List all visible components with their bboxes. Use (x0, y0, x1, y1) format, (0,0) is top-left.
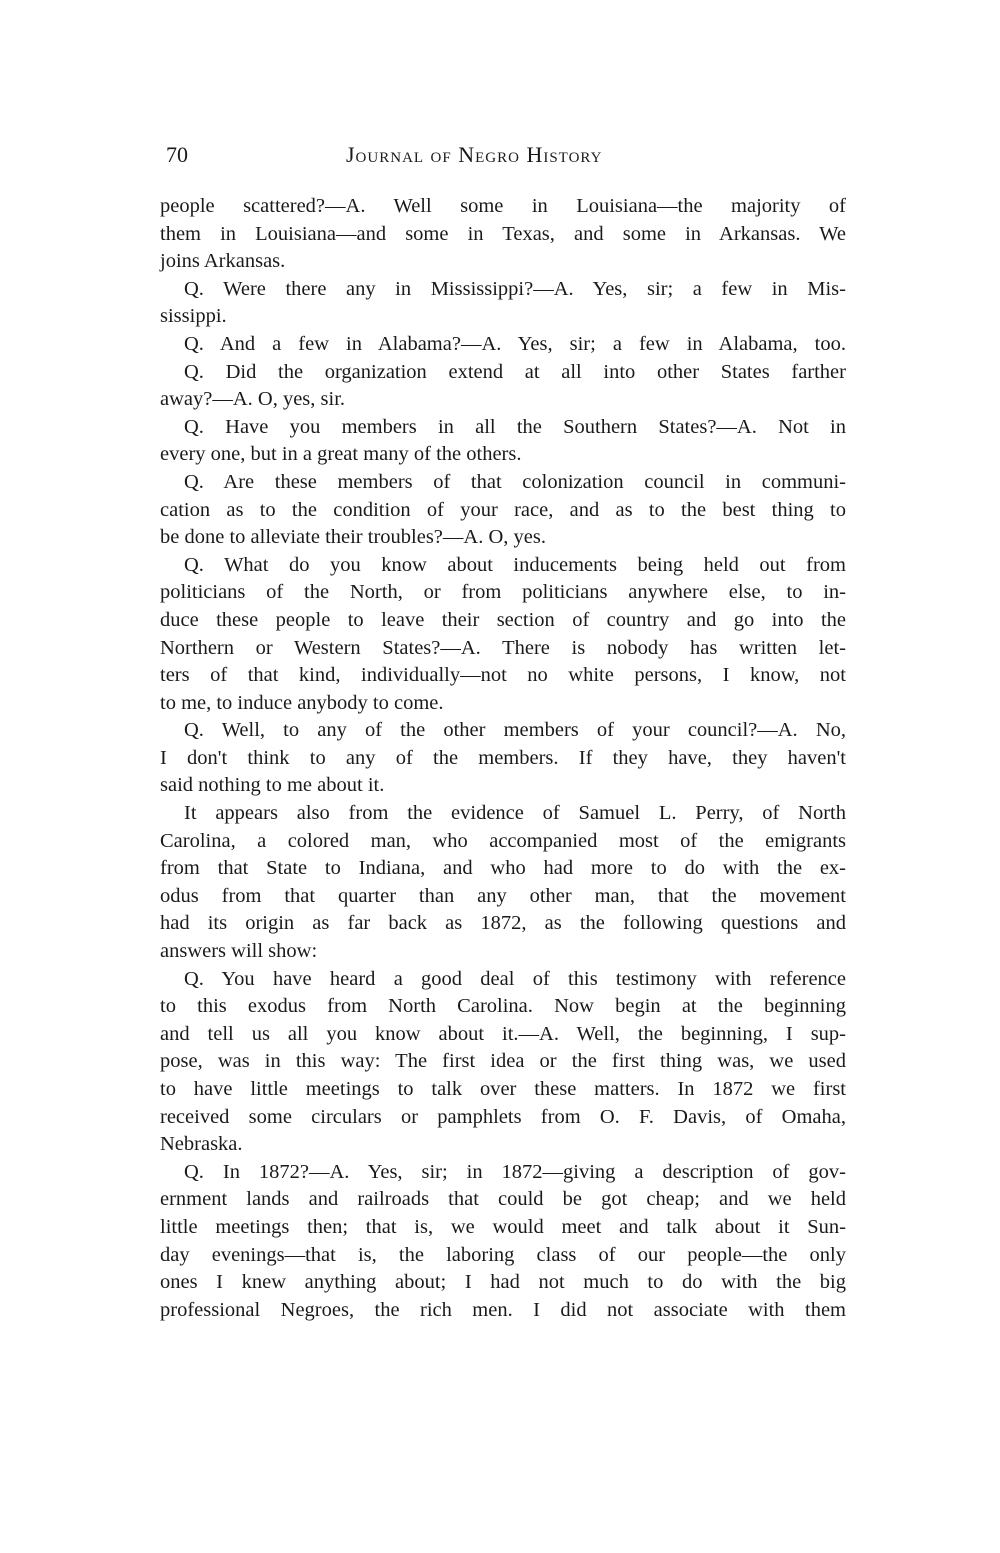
text-line: received some circulars or pamphlets fro… (160, 1104, 846, 1132)
text-line: Q. Were there any in Mississippi?—A. Yes… (160, 276, 846, 304)
text-line: day evenings—that is, the laboring class… (160, 1242, 846, 1270)
text-line: little meetings then; that is, we would … (160, 1214, 846, 1242)
text-line: Q. And a few in Alabama?—A. Yes, sir; a … (160, 331, 846, 359)
text-line: ernment lands and railroads that could b… (160, 1186, 846, 1214)
text-line: had its origin as far back as 1872, as t… (160, 910, 846, 938)
text-line: odus from that quarter than any other ma… (160, 883, 846, 911)
text-line: Q. In 1872?—A. Yes, sir; in 1872—giving … (160, 1159, 846, 1187)
text-line: to have little meetings to talk over the… (160, 1076, 846, 1104)
text-line: Q. What do you know about inducements be… (160, 552, 846, 580)
text-line: Northern or Western States?—A. There is … (160, 635, 846, 663)
text-line: every one, but in a great many of the ot… (160, 441, 846, 469)
document-page: 70 Journal of Negro History people scatt… (0, 0, 1000, 1553)
text-line: Nebraska. (160, 1131, 846, 1159)
text-line: to this exodus from North Carolina. Now … (160, 993, 846, 1021)
text-line: I don't think to any of the members. If … (160, 745, 846, 773)
text-line: Q. Well, to any of the other members of … (160, 717, 846, 745)
text-line: people scattered?—A. Well some in Louisi… (160, 193, 846, 221)
text-line: from that State to Indiana, and who had … (160, 855, 846, 883)
text-line: professional Negroes, the rich men. I di… (160, 1297, 846, 1325)
text-line: politicians of the North, or from politi… (160, 579, 846, 607)
text-line: Carolina, a colored man, who accompanied… (160, 828, 846, 856)
text-line: joins Arkansas. (160, 248, 846, 276)
text-line: ones I knew anything about; I had not mu… (160, 1269, 846, 1297)
text-line: and tell us all you know about it.—A. We… (160, 1021, 846, 1049)
page-number: 70 (166, 138, 188, 172)
journal-title: Journal of Negro History (346, 138, 602, 172)
text-line: ters of that kind, individually—not no w… (160, 662, 846, 690)
text-line: pose, was in this way: The first idea or… (160, 1048, 846, 1076)
text-line: sissippi. (160, 303, 846, 331)
text-line: Q. Are these members of that colonizatio… (160, 469, 846, 497)
text-line: said nothing to me about it. (160, 772, 846, 800)
text-line: answers will show: (160, 938, 846, 966)
text-line: cation as to the condition of your race,… (160, 497, 846, 525)
text-line: to me, to induce anybody to come. (160, 690, 846, 718)
text-line: Q. Did the organization extend at all in… (160, 359, 846, 387)
text-line: away?—A. O, yes, sir. (160, 386, 846, 414)
text-line: It appears also from the evidence of Sam… (160, 800, 846, 828)
text-line: be done to alleviate their troubles?—A. … (160, 524, 846, 552)
text-line: them in Louisiana—and some in Texas, and… (160, 221, 846, 249)
text-line: Q. You have heard a good deal of this te… (160, 966, 846, 994)
text-line: duce these people to leave their section… (160, 607, 846, 635)
text-line: Q. Have you members in all the Southern … (160, 414, 846, 442)
running-head: 70 Journal of Negro History (166, 138, 846, 172)
body-text: people scattered?—A. Well some in Louisi… (160, 193, 846, 1324)
